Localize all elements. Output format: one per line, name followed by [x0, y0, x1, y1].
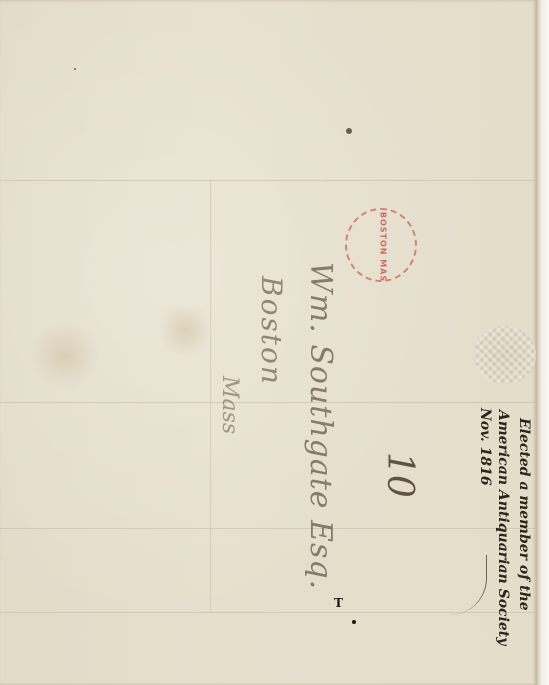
- fold-line-horizontal: [0, 180, 537, 182]
- marginal-mark: T: [334, 596, 343, 610]
- address-city: Boston: [255, 276, 288, 386]
- postage-mark: 10: [379, 452, 420, 498]
- paper-stain: [30, 320, 100, 390]
- ink-spot: [346, 128, 352, 134]
- address-name: Wm. Southgate Esq.: [303, 262, 338, 590]
- postmark-stamp: BOSTON MAS: [345, 208, 417, 282]
- ink-spot: [74, 68, 76, 70]
- postmark-text: BOSTON MAS: [379, 212, 388, 282]
- address-state: Mass: [217, 376, 242, 434]
- docket-flourish: [450, 555, 487, 615]
- docket-line-3: Nov. 1816: [477, 408, 493, 486]
- fold-line-horizontal: [0, 528, 537, 530]
- docket-line-1: Elected a member of the: [516, 418, 532, 611]
- fold-line-vertical: [210, 180, 212, 612]
- paper-stain: [160, 300, 210, 360]
- fold-line-horizontal: [0, 402, 537, 404]
- ink-spot: [352, 620, 356, 624]
- letter-paper: BOSTON MAS Wm. Southgate Esq. Boston Mas…: [0, 0, 537, 685]
- scan-edge-strip: [537, 0, 549, 685]
- wax-seal-impression: [474, 326, 536, 384]
- docket-line-2: American Antiquarian Society: [495, 410, 511, 645]
